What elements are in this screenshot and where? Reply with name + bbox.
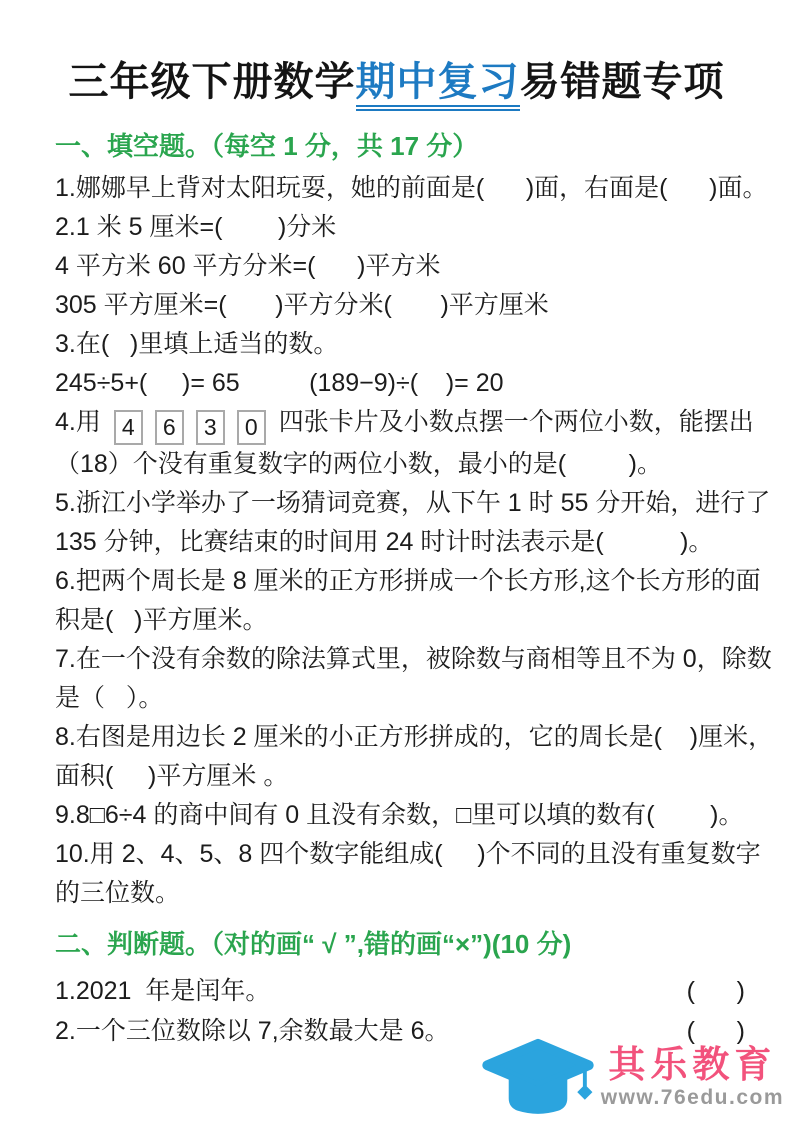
page-title: 三年级下册数学期中复习易错题专项 [0,50,793,107]
section-1-questions: 1.娜娜早上背对太阳玩耍，她的前面是( )面，右面是( )面。 2.1 米 5 … [55,169,753,913]
digit-card: 3 [196,410,225,445]
judgement-2-text: 2.一个三位数除以 7,余数最大是 6。 [55,1011,450,1051]
brand-name: 其乐教育 [608,1044,776,1086]
title-post: 易错题专项 [520,60,725,104]
question-6-line-2: 积是( )平方厘米。 [55,601,753,640]
question-7-line-1: 7.在一个没有余数的除法算式里，被除数与商相等且不为 0，除数 [55,640,753,679]
worksheet-page: 三年级下册数学期中复习易错题专项 一、填空题。（每空 1 分，共 17 分） 1… [0,0,793,1122]
digit-card: 6 [155,410,184,445]
question-9: 9.8□6÷4 的商中间有 0 且没有余数，□里可以填的数有( )。 [55,796,753,835]
judgement-question-1: 1.2021 年是闰年。( ) [55,971,745,1011]
question-3-line-1: 3.在( )里填上适当的数。 [55,325,753,364]
question-5-line-2: 135 分钟，比赛结束的时间用 24 时计时法表示是( )。 [55,523,753,562]
title-highlight: 期中复习 [356,60,520,111]
brand-logo: 其乐教育 www.76edu.com [479,1036,788,1118]
digit-card: 4 [114,410,143,445]
question-4-prefix: 4.用 [55,408,108,436]
judgement-1-text: 1.2021 年是闰年。 [55,971,270,1011]
question-10-line-1: 10.用 2、4、5、8 四个数字能组成( )个不同的且没有重复数字 [55,835,753,874]
question-8-line-2: 面积( )平方厘米 。 [55,757,753,796]
question-6-line-1: 6.把两个周长是 8 厘米的正方形拼成一个长方形,这个长方形的面 [55,562,753,601]
question-8-line-1: 8.右图是用边长 2 厘米的小正方形拼成的，它的周长是( )厘米， [55,718,753,757]
question-4-suffix: 四张卡片及小数点摆一个两位小数，能摆出 [272,408,754,436]
question-7-line-2: 是（ ）。 [55,679,753,718]
question-4-line-2: （18）个没有重复数字的两位小数，最小的是( )。 [55,445,753,484]
graduation-cap-icon [479,1036,597,1118]
worksheet-content: 一、填空题。（每空 1 分，共 17 分） 1.娜娜早上背对太阳玩耍，她的前面是… [55,127,753,1051]
question-2-line-3: 305 平方厘米=( )平方分米( )平方厘米 [55,286,753,325]
title-pre: 三年级下册数学 [69,60,356,104]
section-2-heading: 二、判断题。（对的画“ √ ”,错的画“×”)(10 分) [55,923,753,965]
question-2-line-2: 4 平方米 60 平方分米=( )平方米 [55,247,753,286]
question-10-line-2: 的三位数。 [55,874,753,913]
brand-text-block: 其乐教育 www.76edu.com [601,1044,788,1110]
question-1: 1.娜娜早上背对太阳玩耍，她的前面是( )面，右面是( )面。 [55,169,753,208]
judgement-1-answer-parens: ( ) [687,971,745,1011]
question-5-line-1: 5.浙江小学举办了一场猜词竞赛，从下午 1 时 55 分开始，进行了 [55,484,753,523]
digit-card: 0 [237,410,266,445]
question-2-line-1: 2.1 米 5 厘米=( )分米 [55,208,753,247]
section-1-heading: 一、填空题。（每空 1 分，共 17 分） [55,127,753,165]
question-4-line-1: 4.用 4630 四张卡片及小数点摆一个两位小数，能摆出 [55,403,753,445]
brand-url: www.76edu.com [601,1086,784,1110]
question-3-line-2: 245÷5+( )= 65 (189−9)÷( )= 20 [55,364,753,403]
